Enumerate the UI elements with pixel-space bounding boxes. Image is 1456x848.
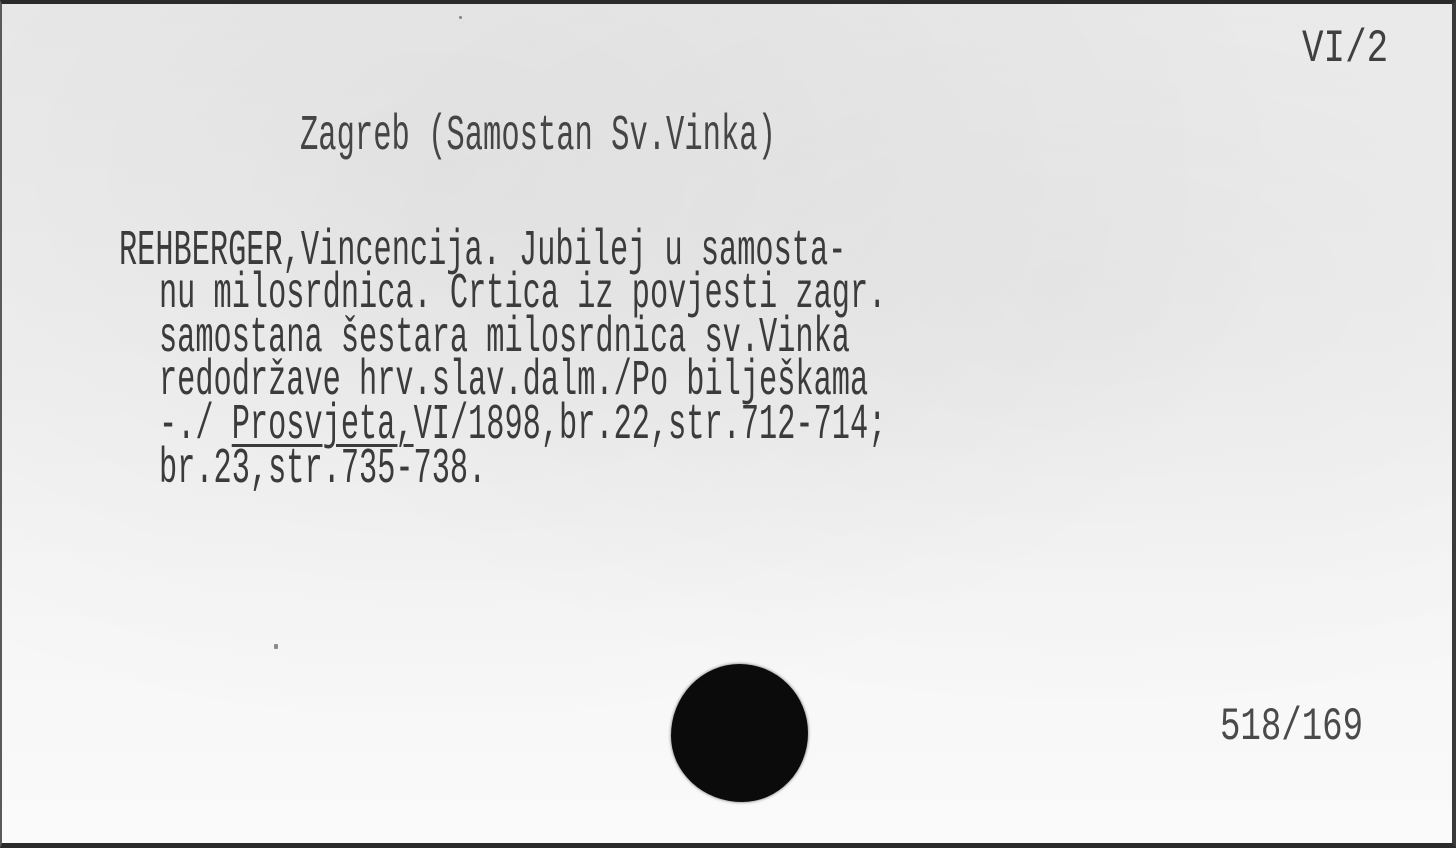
punch-hole (671, 664, 808, 802)
entry-line: br.23,str.735-738. (159, 445, 486, 495)
paper-speck (459, 16, 462, 19)
paper-speck (274, 644, 278, 649)
shelf-number: 518/169 (1220, 704, 1363, 750)
card-heading: Zagreb (Samostan Sv.Vinka) (300, 112, 776, 162)
catalog-card: VI/2 Zagreb (Samostan Sv.Vinka) REHBERGE… (0, 0, 1456, 848)
corner-code: VI/2 (1302, 26, 1388, 72)
